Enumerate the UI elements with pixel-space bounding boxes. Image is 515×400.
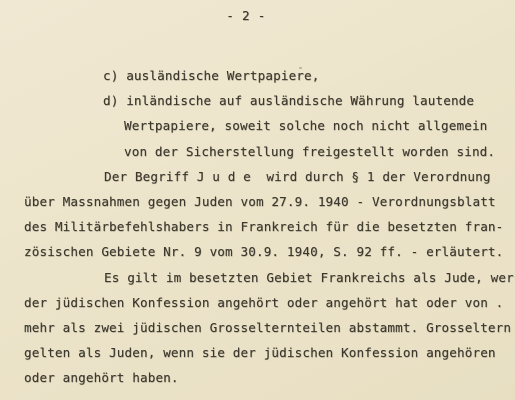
document-text-block: c) ausländische Wertpapiere, d) inländis… (0, 63, 515, 390)
document-text-line: von der Sicherstellung freigestellt word… (0, 139, 515, 164)
document-text-line: über Massnahmen gegen Juden vom 27.9. 19… (0, 189, 515, 214)
document-text-line: Wertpapiere, soweit solche noch nicht al… (0, 113, 515, 138)
page-number: - 2 - (0, 8, 492, 23)
document-text-line: mehr als zwei jüdischen Grosselternteile… (0, 315, 515, 340)
document-text-line: Es gilt im besetzten Gebiet Frankreichs … (0, 265, 515, 290)
document-text-line: des Militärbefehlshabers in Frankreich f… (0, 214, 515, 239)
document-text-line: c) ausländische Wertpapiere, (0, 63, 515, 88)
document-text-line: der jüdischen Konfession angehört oder a… (0, 290, 515, 315)
document-text-line: Der Begriff J u d e wird durch § 1 der V… (0, 164, 515, 189)
document-text-line: oder angehört haben. (0, 365, 515, 390)
scanned-document-page: - 2 - c) ausländische Wertpapiere, d) in… (0, 0, 515, 400)
document-text-line: d) inländische auf ausländische Währung … (0, 88, 515, 113)
document-text-line: zösischen Gebiete Nr. 9 vom 30.9. 1940, … (0, 239, 515, 264)
document-text-line: gelten als Juden, wenn sie der jüdischen… (0, 340, 515, 365)
